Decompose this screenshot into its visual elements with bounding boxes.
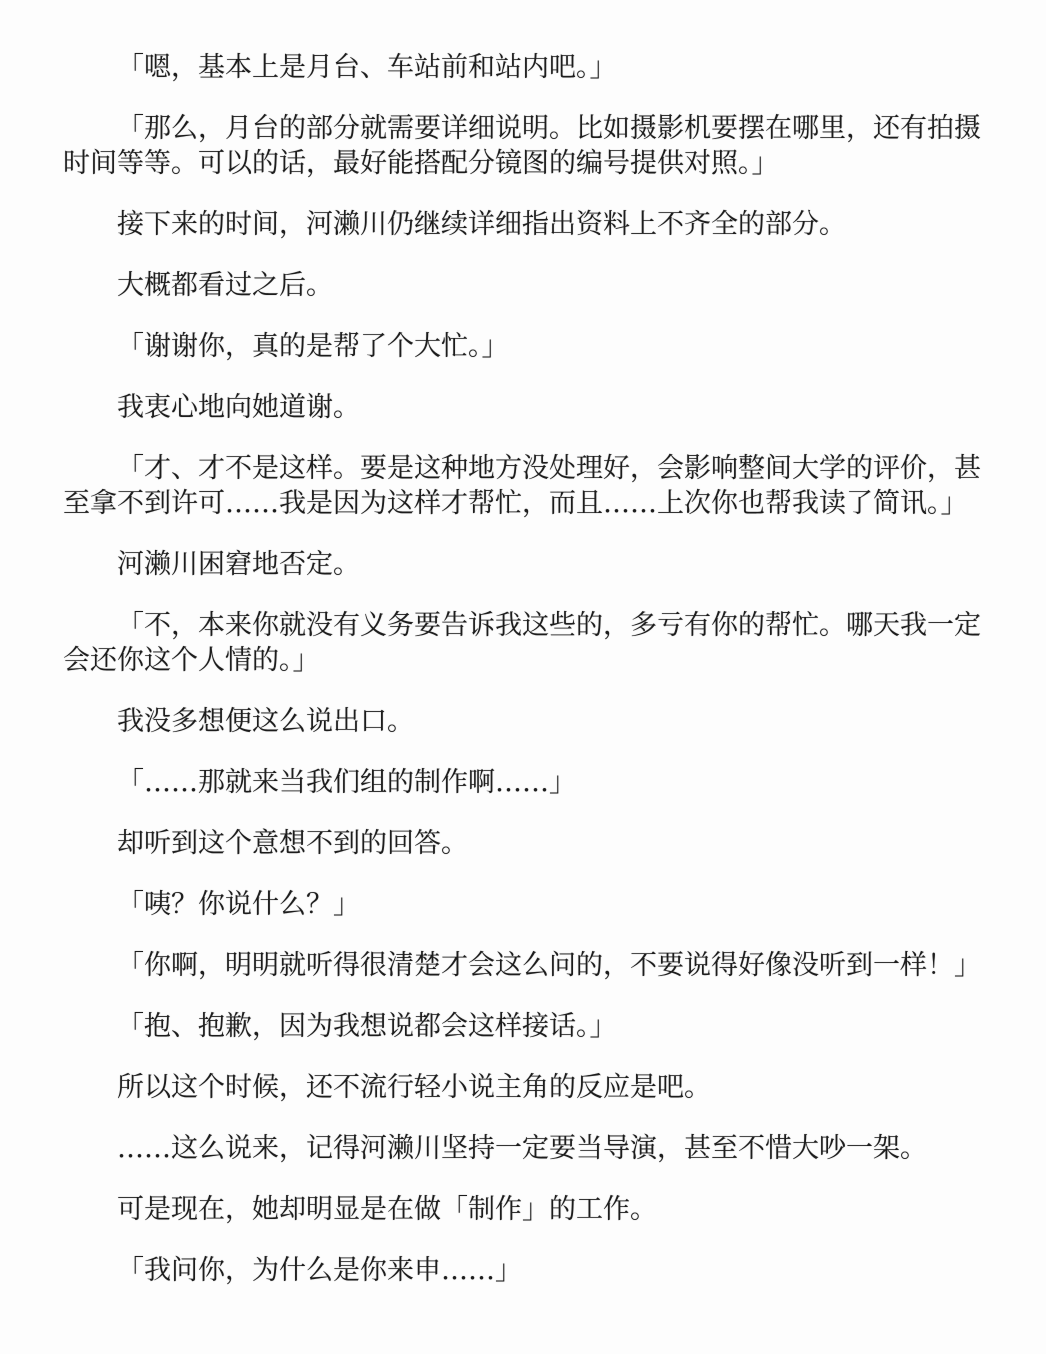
paragraph: 「才、才不是这样。要是这种地方没处理好，会影响整间大学的评价，甚至拿不到许可……… — [63, 451, 984, 521]
paragraph: 「抱、抱歉，因为我想说都会这样接话。」 — [63, 1009, 984, 1044]
paragraph: 接下来的时间，河濑川仍继续详细指出资料上不齐全的部分。 — [63, 207, 984, 242]
paragraph: 「咦？你说什么？」 — [63, 887, 984, 922]
paragraph: 「……那就来当我们组的制作啊……」 — [63, 765, 984, 800]
paragraph: 所以这个时候，还不流行轻小说主角的反应是吧。 — [63, 1070, 984, 1105]
paragraph: 我没多想便这么说出口。 — [63, 704, 984, 739]
paragraph: 「谢谢你，真的是帮了个大忙。」 — [63, 329, 984, 364]
paragraph: ……这么说来，记得河濑川坚持一定要当导演，甚至不惜大吵一架。 — [63, 1131, 984, 1166]
paragraph: 「你啊，明明就听得很清楚才会这么问的，不要说得好像没听到一样！」 — [63, 948, 984, 983]
paragraph: 我衷心地向她道谢。 — [63, 390, 984, 425]
text-column: 「嗯，基本上是月台、车站前和站内吧。」 「那么，月台的部分就需要详细说明。比如摄… — [0, 0, 1046, 1288]
paragraph: 「那么，月台的部分就需要详细说明。比如摄影机要摆在哪里，还有拍摄时间等等。可以的… — [63, 111, 984, 181]
paragraph: 可是现在，她却明显是在做「制作」的工作。 — [63, 1192, 984, 1227]
paragraph: 「嗯，基本上是月台、车站前和站内吧。」 — [63, 50, 984, 85]
paragraph: 「我问你，为什么是你来申……」 — [63, 1253, 984, 1288]
paragraph: 「不，本来你就没有义务要告诉我这些的，多亏有你的帮忙。哪天我一定会还你这个人情的… — [63, 608, 984, 678]
novel-page: 「嗯，基本上是月台、车站前和站内吧。」 「那么，月台的部分就需要详细说明。比如摄… — [0, 0, 1046, 1354]
paragraph: 却听到这个意想不到的回答。 — [63, 826, 984, 861]
paragraph: 河濑川困窘地否定。 — [63, 547, 984, 582]
paragraph: 大概都看过之后。 — [63, 268, 984, 303]
